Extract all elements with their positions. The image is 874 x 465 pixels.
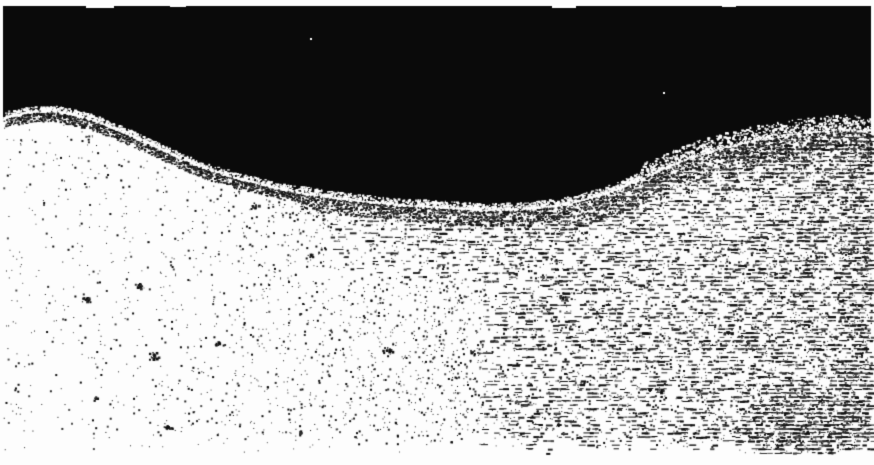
micrograph (0, 0, 874, 465)
page (0, 0, 874, 465)
micrograph-canvas (0, 0, 874, 465)
